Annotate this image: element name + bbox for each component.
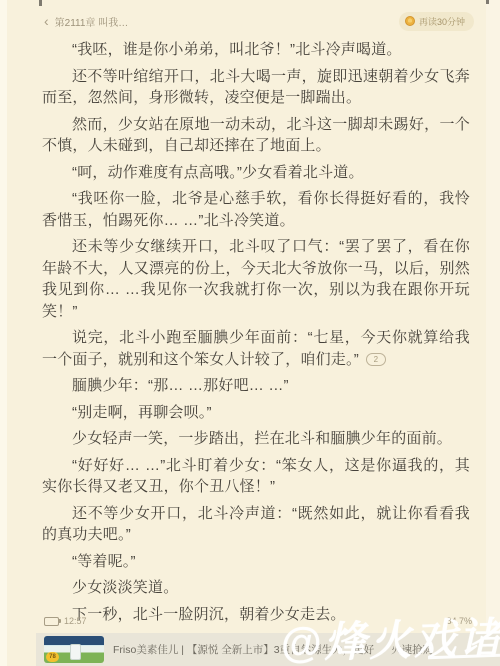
paragraph: “我呸，谁是你小弟弟，叫北爷！”北斗冷声喝道。 — [42, 39, 470, 61]
reading-progress: 84.7% — [446, 616, 472, 626]
screen-edge-right — [486, 0, 500, 666]
statusbar-left: 12:57 — [44, 616, 87, 626]
battery-icon — [44, 617, 59, 626]
reward-label: 再读30分钟 — [419, 15, 465, 28]
screen-edge-left — [0, 0, 7, 666]
coin-icon — [405, 16, 415, 26]
chapter-title: 第2111章 叫我… — [55, 14, 129, 29]
paragraph-text: “呵，动作难度有点高哦。”少女看着北斗道。 — [72, 164, 364, 181]
paragraph-text: 腼腆少年：“那… …那好吧… …” — [72, 377, 289, 394]
ad-title: Friso美素佳儿 | 【源悦 全新上市】3重自然源生力，更好 — [113, 644, 374, 656]
ad-thumbnail-image: 78 — [44, 636, 104, 663]
screen-artifact — [39, 0, 42, 6]
paragraph-text: 少女淡淡笑道。 — [72, 579, 178, 596]
reading-reward-badge[interactable]: 再读30分钟 — [399, 12, 474, 31]
ad-banner[interactable]: 78 Friso美素佳儿 | 【源悦 全新上市】3重自然源生力，更好 火速抢购 — [36, 633, 500, 666]
paragraph: “好好好… …”北斗盯着少女：“笨女人，这是你逼我的，其实你长得又老又丑，你个丑… — [42, 455, 470, 498]
paragraph: 还不等少女开口，北斗冷声道：“既然如此，就让你看看我的真功夫吧。” — [42, 503, 470, 546]
paragraph: “等着呢。” — [42, 551, 470, 573]
paragraph-text: 还不等少女开口，北斗冷声道：“既然如此，就让你看看我的真功夫吧。” — [42, 505, 470, 544]
paragraph: 还未等少女继续开口，北斗叹了口气：“罢了罢了，看在你年龄不大，人又漂亮的份上，今… — [42, 236, 470, 322]
paragraph-comment-badge[interactable]: 2 — [366, 353, 386, 366]
paragraph-text: “等着呢。” — [72, 553, 136, 570]
paragraph-text: 说完，北斗小跑至腼腆少年面前：“七星，今天你就算给我一个面子，就别和这个笨女人计… — [42, 329, 470, 368]
back-chevron-icon: ‹ — [44, 16, 49, 26]
paragraph: 少女淡淡笑道。 — [42, 577, 470, 599]
paragraph-text: 少女轻声一笑，一步踏出，拦在北斗和腼腆少年的面前。 — [72, 430, 452, 447]
chapter-back-button[interactable]: ‹ 第2111章 叫我… — [44, 14, 128, 29]
paragraph-text: 还不等叶绾绾开口，北斗大喝一声，旋即迅速朝着少女飞奔而至，忽然间，身形微转，凌空… — [42, 68, 470, 107]
paragraph: 还不等叶绾绾开口，北斗大喝一声，旋即迅速朝着少女飞奔而至，忽然间，身形微转，凌空… — [42, 66, 470, 109]
paragraph: “呵，动作难度有点高哦。”少女看着北斗道。 — [42, 162, 470, 184]
paragraph-text: 还未等少女继续开口，北斗叹了口气：“罢了罢了，看在你年龄不大，人又漂亮的份上，今… — [42, 238, 470, 320]
paragraph: 少女轻声一笑，一步踏出，拦在北斗和腼腆少年的面前。 — [42, 428, 470, 450]
reader-topbar: ‹ 第2111章 叫我… 再读30分钟 — [44, 11, 474, 31]
milk-can-icon — [70, 644, 81, 660]
screen-artifact — [486, 0, 489, 4]
reader-page: ‹ 第2111章 叫我… 再读30分钟 “我呸，谁是你小弟弟，叫北爷！”北斗冷声… — [0, 0, 500, 666]
chapter-text-area[interactable]: “我呸，谁是你小弟弟，叫北爷！”北斗冷声喝道。还不等叶绾绾开口，北斗大喝一声，旋… — [42, 39, 470, 630]
ad-text: Friso美素佳儿 | 【源悦 全新上市】3重自然源生力，更好 火速抢购 — [113, 642, 433, 657]
paragraph-text: “我呸你一脸，北爷是心慈手软，看你长得挺好看的，我怜香惜玉，怕踢死你… …”北斗… — [42, 190, 470, 229]
ad-thumb-badge: 78 — [46, 652, 59, 662]
paragraph-text: 然而，少女站在原地一动未动，北斗这一脚却未踢好，一个不慎，人未碰到，自己却还摔在… — [42, 116, 470, 155]
paragraph: 腼腆少年：“那… …那好吧… …” — [42, 375, 470, 397]
paragraph: “别走啊，再聊会呗。” — [42, 402, 470, 424]
reader-statusbar: 12:57 84.7% — [44, 614, 472, 628]
paragraph-text: “好好好… …”北斗盯着少女：“笨女人，这是你逼我的，其实你长得又老又丑，你个丑… — [42, 457, 470, 496]
paragraph: 然而，少女站在原地一动未动，北斗这一脚却未踢好，一个不慎，人未碰到，自己却还摔在… — [42, 114, 470, 157]
ad-cta[interactable]: 火速抢购 — [391, 644, 433, 656]
clock-text: 12:57 — [64, 616, 87, 626]
paragraph: “我呸你一脸，北爷是心慈手软，看你长得挺好看的，我怜香惜玉，怕踢死你… …”北斗… — [42, 188, 470, 231]
paragraph-text: “我呸，谁是你小弟弟，叫北爷！”北斗冷声喝道。 — [72, 41, 402, 58]
paragraph-text: “别走啊，再聊会呗。” — [72, 404, 212, 421]
paragraph: 说完，北斗小跑至腼腆少年面前：“七星，今天你就算给我一个面子，就别和这个笨女人计… — [42, 327, 470, 370]
